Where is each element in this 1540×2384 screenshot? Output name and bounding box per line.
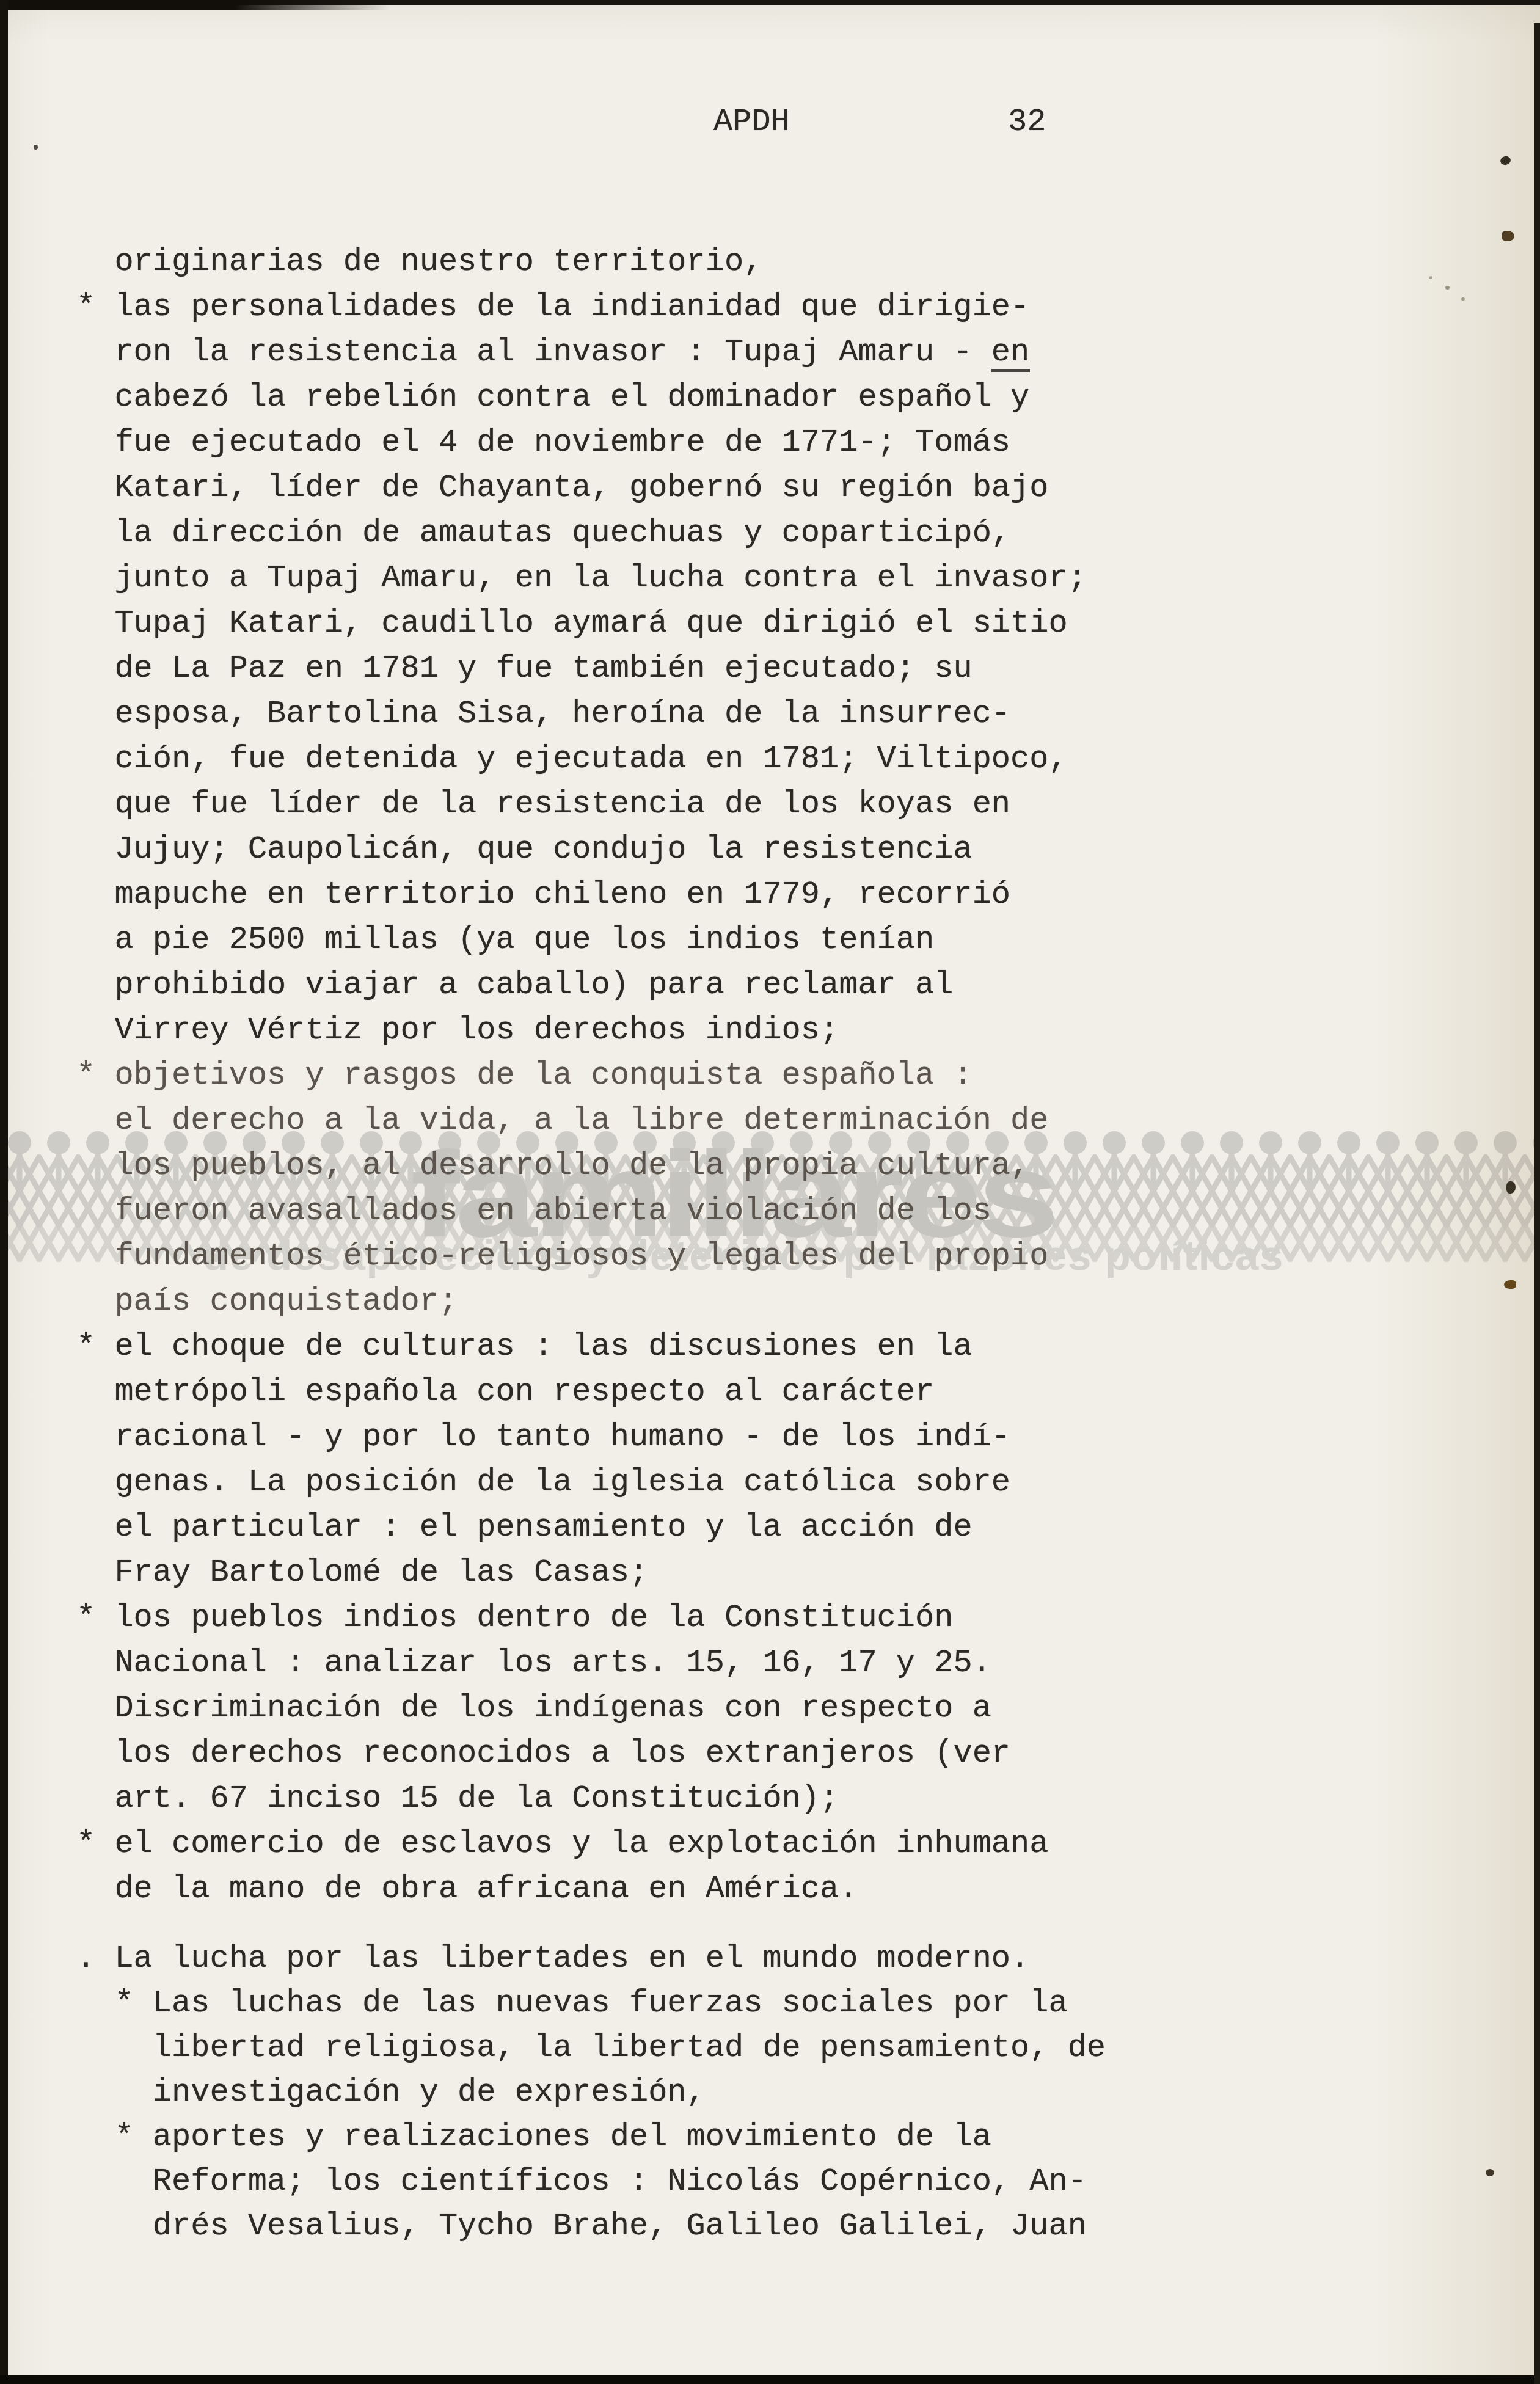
typewritten-line: los derechos reconocidos a los extranjer…	[76, 1731, 1087, 1776]
scan-edge-right	[1534, 23, 1540, 2384]
typewritten-line: investigación y de expresión,	[76, 2070, 1106, 2115]
typewritten-line: Katari, líder de Chayanta, gobernó su re…	[76, 465, 1087, 511]
typewritten-line: fueron avasallados en abierta violación …	[76, 1189, 1087, 1234]
typewritten-line: art. 67 inciso 15 de la Constitución);	[76, 1776, 1087, 1821]
typewritten-line: que fue líder de la resistencia de los k…	[76, 782, 1087, 827]
scan-edge-top-left	[0, 0, 391, 10]
typed-underline-mark	[991, 369, 1030, 372]
ink-speck	[34, 145, 38, 150]
typewritten-line: Tupaj Katari, caudillo aymará que dirigi…	[76, 601, 1087, 646]
page-number: 32	[1008, 104, 1046, 140]
typewritten-line: prohibido viajar a caballo) para reclama…	[76, 963, 1087, 1008]
typewriter-text-block: . La lucha por las libertades en el mund…	[76, 1936, 1106, 2248]
typewritten-line: de La Paz en 1781 y fue también ejecutad…	[76, 646, 1087, 691]
typewriter-text-block: originarias de nuestro territorio,* las …	[76, 239, 1087, 1912]
typewritten-line: fundamentos ético-religiosos y legales d…	[76, 1234, 1087, 1279]
typewritten-line: * Las luchas de las nuevas fuerzas socia…	[76, 1981, 1106, 2025]
ink-speck	[1461, 297, 1465, 301]
typewritten-line: junto a Tupaj Amaru, en la lucha contra …	[76, 556, 1087, 601]
typewritten-line: el particular : el pensamiento y la acci…	[76, 1505, 1087, 1550]
typewritten-line: cabezó la rebelión contra el dominador e…	[76, 375, 1087, 420]
scan-edge-left	[0, 0, 8, 2384]
ink-speck	[1486, 2169, 1494, 2176]
typewritten-line: libertad religiosa, la libertad de pensa…	[76, 2025, 1106, 2070]
typewritten-line: ron la resistencia al invasor : Tupaj Am…	[76, 330, 1087, 375]
typewritten-line: drés Vesalius, Tycho Brahe, Galileo Gali…	[76, 2204, 1106, 2248]
typewritten-line: esposa, Bartolina Sisa, heroína de la in…	[76, 691, 1087, 737]
typewritten-line: el derecho a la vida, a la libre determi…	[76, 1098, 1087, 1143]
ink-speck	[1502, 231, 1514, 241]
typewritten-line: Fray Bartolomé de las Casas;	[76, 1550, 1087, 1595]
ink-speck	[1504, 1280, 1516, 1289]
typewritten-line: los pueblos, al desarrollo de la propia …	[76, 1143, 1087, 1189]
typewritten-line: * los pueblos indios dentro de la Consti…	[76, 1595, 1087, 1641]
typewritten-line: * el choque de culturas : las discusione…	[76, 1324, 1087, 1369]
ink-speck	[1445, 286, 1450, 290]
typewritten-line: * las personalidades de la indianidad qu…	[76, 285, 1087, 330]
ink-speck	[1499, 155, 1511, 166]
typewritten-line: a pie 2500 millas (ya que los indios ten…	[76, 917, 1087, 963]
document-org-title: APDH	[713, 104, 790, 140]
typewritten-line: originarias de nuestro territorio,	[76, 239, 1087, 285]
typewritten-line: Discriminación de los indígenas con resp…	[76, 1686, 1087, 1731]
typewritten-line: Jujuy; Caupolicán, que condujo la resist…	[76, 827, 1087, 872]
typewritten-line: racional - y por lo tanto humano - de lo…	[76, 1415, 1087, 1460]
typewritten-line: la dirección de amautas quechuas y copar…	[76, 511, 1087, 556]
typewritten-line: ción, fue detenida y ejecutada en 1781; …	[76, 737, 1087, 782]
typewritten-line: país conquistador;	[76, 1279, 1087, 1324]
typewritten-line: genas. La posición de la iglesia católic…	[76, 1460, 1087, 1505]
typewritten-line: Nacional : analizar los arts. 15, 16, 17…	[76, 1641, 1087, 1686]
typewritten-line: de la mano de obra africana en América.	[76, 1867, 1087, 1912]
typewritten-line: Virrey Vértiz por los derechos indios;	[76, 1008, 1087, 1053]
ink-speck	[1429, 276, 1432, 279]
typewritten-line: . La lucha por las libertades en el mund…	[76, 1936, 1106, 1981]
typewritten-line: mapuche en territorio chileno en 1779, r…	[76, 872, 1087, 917]
typewritten-line: Reforma; los científicos : Nicolás Copér…	[76, 2159, 1106, 2204]
scanned-document-page: familiares de desaparecidos y detenidos …	[0, 0, 1540, 2384]
typewritten-line: * el comercio de esclavos y la explotaci…	[76, 1821, 1087, 1867]
typewritten-line: metrópoli española con respecto al carác…	[76, 1369, 1087, 1415]
typewritten-line: * aportes y realizaciones del movimiento…	[76, 2115, 1106, 2159]
typewritten-line: * objetivos y rasgos de la conquista esp…	[76, 1053, 1087, 1098]
typewritten-line: fue ejecutado el 4 de noviembre de 1771-…	[76, 420, 1087, 465]
scan-edge-bottom	[0, 2375, 1540, 2384]
